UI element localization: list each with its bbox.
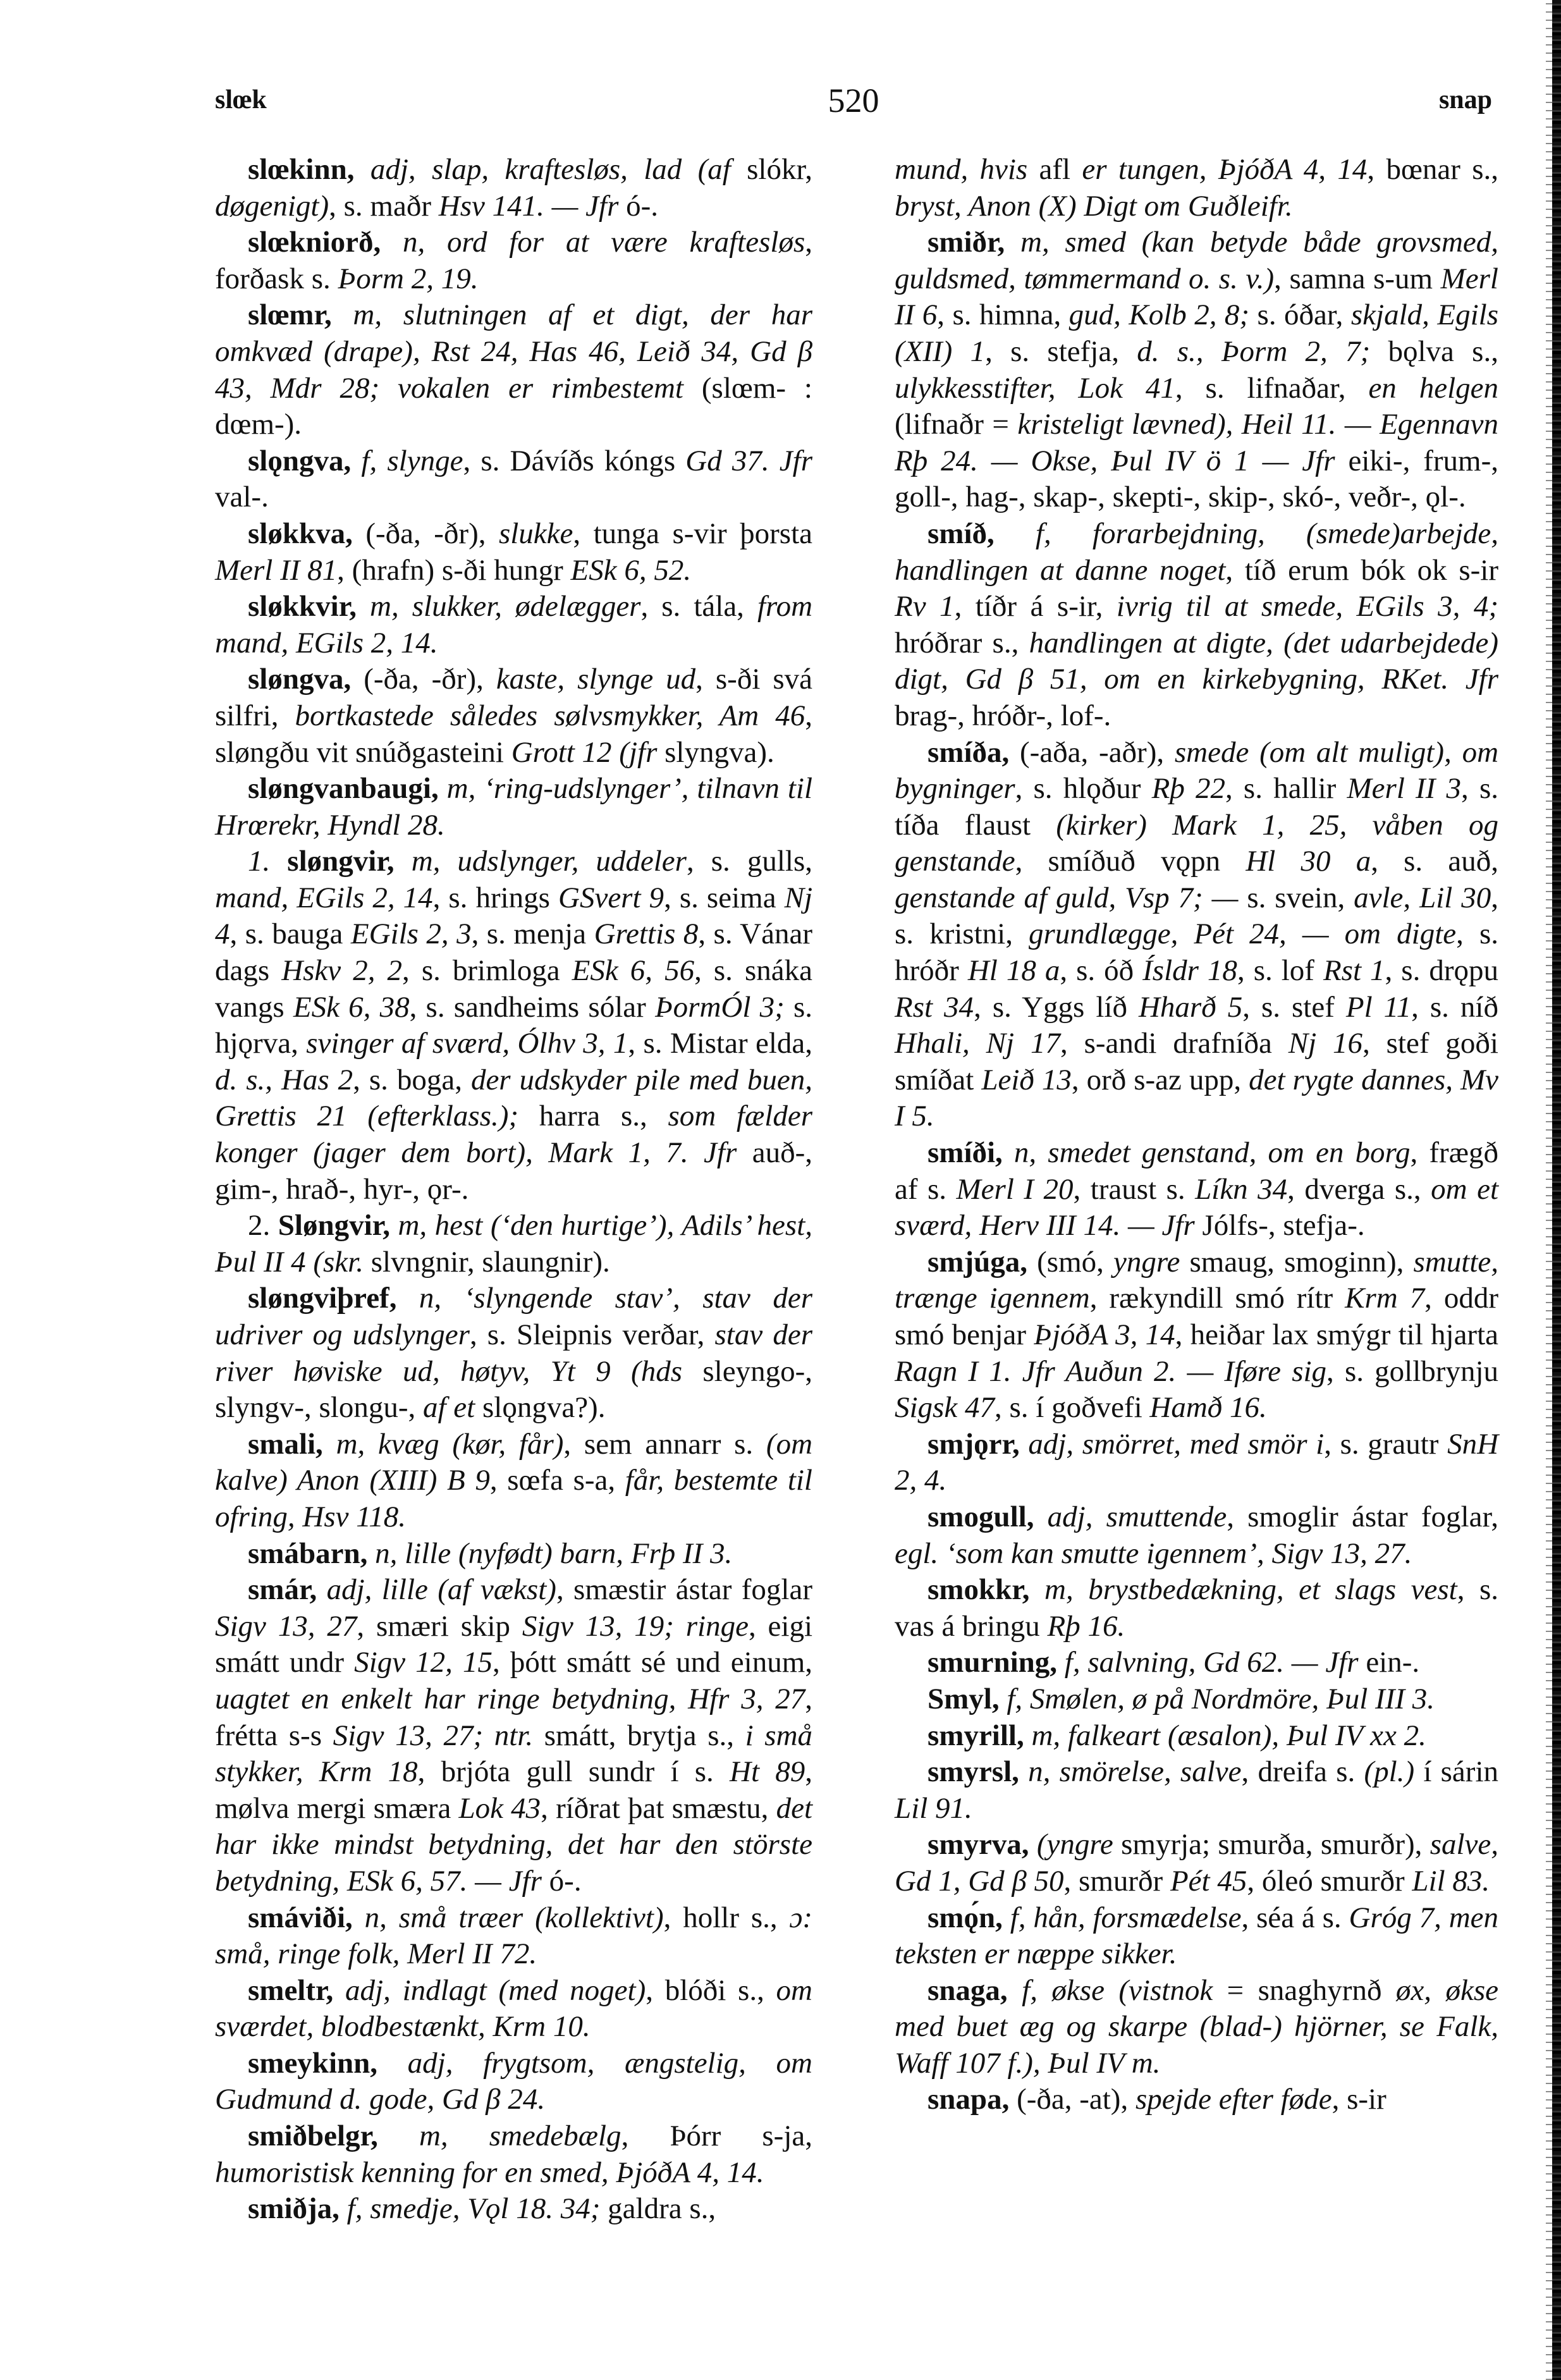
citation-text: galdra s., xyxy=(600,2192,716,2225)
citation-text: , s. hrings xyxy=(433,881,558,914)
gloss-italic: mund, hvis xyxy=(895,153,1027,186)
headword: slœkniorð, xyxy=(248,226,381,259)
dictionary-entry: slœkniorð, n, ord for at være kraftesløs… xyxy=(215,224,812,297)
citation-text: , s. gulls, xyxy=(687,845,812,878)
gloss-italic: Gd 37. Jfr xyxy=(685,445,812,477)
gloss-italic: ÞjóðA 3, 14 xyxy=(1034,1318,1175,1351)
citation-text: (-ða, -at), xyxy=(1017,2083,1136,2116)
headword: slœmr, xyxy=(248,298,332,331)
citation-text: , þótt smátt sé und einum, xyxy=(493,1646,812,1679)
gloss-italic: f, smedje, Vǫl 18. 34; xyxy=(347,2192,601,2225)
gloss-italic: f, salvning, Gd 62. — Jfr xyxy=(1065,1646,1359,1679)
gloss-italic: adj, indlagt (med noget) xyxy=(345,1974,646,2007)
gloss-italic: grundlægge, Pét 24, — om digte xyxy=(1029,917,1456,950)
gloss-italic: d. s., Has 2 xyxy=(215,1064,353,1096)
headword: sløngviþref, xyxy=(248,1282,396,1315)
dictionary-body: slœkinn, adj, slap, kraftesløs, lad (af … xyxy=(215,152,1498,2228)
citation-text: , s. auð, xyxy=(1371,845,1498,878)
citation-text: Jólfs-, stefja-. xyxy=(1195,1209,1365,1242)
gloss-italic: Sigsk 47 xyxy=(895,1391,995,1424)
dictionary-entry: 2. Sløngvir, m, hest (‘den hurtige’), Ad… xyxy=(215,1208,812,1280)
headword: smíða, xyxy=(927,736,1009,769)
gloss-italic: ivrig til at smede, EGils 3, 4; xyxy=(1117,590,1498,623)
citation-text: , s. lifnaðar, xyxy=(1175,372,1369,405)
gloss-italic: n, ord for at være kraftesløs xyxy=(403,226,805,259)
dictionary-entry: smjǫrr, adj, smörret, med smör i, s. gra… xyxy=(895,1426,1498,1499)
citation-text: , heiðar lax smýgr til hjarta xyxy=(1175,1318,1498,1351)
headword: smiðja, xyxy=(248,2192,340,2225)
dictionary-entry: 1. sløngvir, m, udslynger, uddeler, s. g… xyxy=(215,843,812,1208)
dictionary-entry: smjúga, (smó, yngre smaug, smoginn), smu… xyxy=(895,1244,1498,1426)
citation-text: , (hrafn) s-ði hungr xyxy=(337,554,570,587)
gloss-italic: Grott 12 (jfr xyxy=(511,736,658,769)
citation-text: , s. Yggs líð xyxy=(974,991,1139,1024)
citation-text: (-ða, -ðr), xyxy=(364,663,496,696)
citation-text: , smurðr xyxy=(1064,1865,1170,1898)
citation-text: , bœnar s., xyxy=(1367,153,1498,186)
gloss-italic: adj, slap, kraftesløs, lad (af xyxy=(370,153,747,186)
citation-text: , óleó smurðr xyxy=(1247,1865,1412,1898)
citation-text: , s. í goðvefi xyxy=(995,1391,1149,1424)
gloss-italic: mand, EGils 2, 14 xyxy=(215,881,433,914)
headword: smokkr, xyxy=(927,1573,1030,1606)
headword: smiðr, xyxy=(927,226,1005,259)
gloss-italic: f, Smølen, ø på Nordmöre, Þul III 3. xyxy=(1007,1683,1435,1715)
gloss-italic: Merl I 20 xyxy=(957,1173,1074,1206)
page-number: 520 xyxy=(215,81,1492,120)
headword: smíð, xyxy=(927,517,995,550)
citation-text: , orð s-az upp, xyxy=(1072,1064,1249,1096)
gloss-italic: Pl 11 xyxy=(1346,991,1411,1024)
gloss-italic: ulykkesstifter, Lok 41 xyxy=(895,372,1175,405)
dictionary-entry: smíði, n, smedet genstand, om en borg, f… xyxy=(895,1135,1498,1244)
dictionary-entry: sløkkva, (-ða, -ðr), slukke, tunga s-vir… xyxy=(215,516,812,589)
gloss-italic: Rst 1 xyxy=(1323,954,1385,987)
headword: smyrva, xyxy=(927,1828,1029,1861)
gloss-italic: m, smedebælg xyxy=(419,2119,621,2152)
citation-text: , s. Sleipnis verðar, xyxy=(470,1318,715,1351)
dictionary-entry: smábarn, n, lille (nyfødt) barn, Frþ II … xyxy=(215,1536,812,1573)
headword: smǫ́n, xyxy=(927,1901,1003,1934)
gloss-italic: af et xyxy=(423,1391,475,1424)
dictionary-entry: smíð, f, forarbejdning, (smede)arbejde, … xyxy=(895,516,1498,735)
headword: smogull, xyxy=(927,1500,1034,1533)
gloss-italic: Þorm 2, 19. xyxy=(338,262,479,295)
gloss-italic: Sigv 13, 27; ntr. xyxy=(333,1719,534,1752)
dictionary-entry: smokkr, m, brystbedækning, et slags vest… xyxy=(895,1572,1498,1645)
citation-text: val-. xyxy=(215,481,269,513)
gloss-italic: Hamð 16. xyxy=(1149,1391,1266,1424)
gloss-italic: døgenigt) xyxy=(215,190,329,223)
citation-text: afl xyxy=(1027,153,1082,186)
citation-text: , s. gollbrynju xyxy=(1326,1355,1498,1388)
citation-text: , tíðr á s-ir, xyxy=(955,590,1117,623)
citation-text: , brjóta gull sundr í s. xyxy=(418,1755,730,1788)
gloss-italic: Lil 91. xyxy=(895,1792,972,1825)
headword: sløngva, xyxy=(248,663,351,696)
gloss-italic: ESk 6, 56 xyxy=(572,954,694,987)
citation-text: (-ða, -ðr), xyxy=(365,517,499,550)
citation-text: slvngnir, slaungnir). xyxy=(364,1246,610,1279)
dictionary-entry: smyrsl, n, smörelse, salve, dreifa s. (p… xyxy=(895,1754,1498,1827)
gloss-italic: (yngre xyxy=(1037,1828,1113,1861)
gloss-italic: Líkn 34 xyxy=(1195,1173,1287,1206)
gloss-italic: Rst 34 xyxy=(895,991,974,1024)
citation-text: , Þórr s-ja, xyxy=(621,2119,812,2152)
citation-text: , s. stefja, xyxy=(985,335,1137,368)
gloss-italic: Lil 83. xyxy=(1412,1865,1490,1898)
headword: sløkkvir, xyxy=(248,590,357,623)
citation-text: , s. stef xyxy=(1242,991,1346,1024)
headword: snaga, xyxy=(927,1974,1008,2007)
gloss-italic: slukke xyxy=(499,517,573,550)
headword: sløkkva, xyxy=(248,517,353,550)
citation-text: ein-. xyxy=(1359,1646,1420,1679)
citation-text: , smoglir ástar foglar, xyxy=(1227,1500,1498,1533)
gloss-italic: Lok 43 xyxy=(458,1792,541,1825)
gloss-italic: m, falkeart (æsalon), Þul IV xx 2. xyxy=(1031,1719,1426,1752)
headword: sløngvanbaugi, xyxy=(248,772,439,805)
gloss-italic: adj, lille (af vækst) xyxy=(327,1573,556,1606)
dictionary-entry: smiðja, f, smedje, Vǫl 18. 34; galdra s.… xyxy=(215,2191,812,2228)
dictionary-entry: smíða, (-aða, -aðr), smede (om alt mulig… xyxy=(895,735,1498,1136)
citation-text: , s-ir xyxy=(1332,2083,1387,2116)
headword: smjǫrr, xyxy=(927,1428,1020,1461)
gloss-italic: Hsv 141. — Jfr xyxy=(439,190,619,223)
dictionary-entry: snaga, f, økse (vistnok = snaghyrnð øx, … xyxy=(895,1973,1498,2082)
dictionary-entry: smeykinn, adj, frygtsom, ængstelig, om G… xyxy=(215,2046,812,2118)
dictionary-entry: smurning, f, salvning, Gd 62. — Jfr ein-… xyxy=(895,1645,1498,1681)
citation-text: , s. drǫpu xyxy=(1385,954,1498,987)
headword: smyrsl, xyxy=(927,1755,1019,1788)
scan-edge-artifact xyxy=(1552,0,1561,2380)
citation-text: , smæri skip xyxy=(357,1610,522,1643)
gloss-italic: EGils 2, 3 xyxy=(351,917,472,950)
citation-text: slókr, xyxy=(747,153,812,186)
citation-text: , ríðrat þat smæstu, xyxy=(541,1792,776,1825)
gloss-italic: uagtet en enkelt har ringe betydning, Hf… xyxy=(215,1683,805,1715)
citation-text: , s. himna, xyxy=(937,298,1068,331)
citation-text: , blóði s., xyxy=(646,1974,776,2007)
citation-text: (smó, xyxy=(1037,1246,1113,1279)
gloss-italic: gud, Kolb 2, 8; xyxy=(1069,298,1249,331)
dictionary-entry: sløngva, (-ða, -ðr), kaste, slynge ud, s… xyxy=(215,661,812,771)
headword: smiðbelgr, xyxy=(248,2119,378,2152)
citation-text: ó-. xyxy=(542,1865,582,1898)
citation-text: , séa á s. xyxy=(1241,1901,1349,1934)
headword: Smyl, xyxy=(927,1683,1000,1715)
headword: smeykinn, xyxy=(248,2047,377,2080)
citation-text: , smæstir ástar foglar xyxy=(556,1573,812,1606)
running-head: slœk 520 snap xyxy=(215,81,1492,132)
gloss-italic: GSvert 9 xyxy=(558,881,664,914)
citation-text: slyngva). xyxy=(657,736,774,769)
gloss-italic: adj, smuttende xyxy=(1048,1500,1227,1533)
gloss-italic: Hl 18 a xyxy=(968,954,1060,987)
citation-text: , dverga s., xyxy=(1287,1173,1431,1206)
citation-text: s. svein, xyxy=(1238,881,1354,914)
gloss-italic: (pl.) xyxy=(1364,1755,1415,1788)
citation-text: , s. hlǫður xyxy=(1015,772,1152,805)
gloss-italic: f, økse (vistnok xyxy=(1022,1974,1213,2007)
citation-text: , sœfa s-a, xyxy=(490,1464,625,1497)
gloss-italic: Krm 7 xyxy=(1345,1282,1424,1315)
gloss-italic: yngre xyxy=(1113,1246,1180,1279)
citation-text: , s. seima xyxy=(664,881,785,914)
citation-text: , sem annarr s. xyxy=(563,1428,766,1461)
citation-text: , tíð erum bók ok s-ir xyxy=(1225,554,1498,587)
dictionary-entry: smyrva, (yngre smyrja; smurða, smurðr), … xyxy=(895,1827,1498,1899)
citation-text: ó-. xyxy=(618,190,658,223)
homonym-number: 1. xyxy=(248,845,287,878)
entry-continuation: mund, hvis afl er tungen, ÞjóðA 4, 14, b… xyxy=(895,152,1498,224)
headword: Sløngvir, xyxy=(278,1209,390,1242)
citation-text: , rækyndill smó rítr xyxy=(1090,1282,1345,1315)
gloss-italic: avle, Lil 30 xyxy=(1354,881,1491,914)
headword: smali, xyxy=(248,1428,323,1461)
gloss-italic: Sigv 12, 15 xyxy=(354,1646,493,1679)
gloss-italic: Leið 13 xyxy=(981,1064,1072,1096)
gloss-italic: bortkastede således sølvsmykker, Am 46 xyxy=(295,699,805,732)
gloss-italic: Sigv 13, 27 xyxy=(215,1610,357,1643)
gloss-italic: er tungen, ÞjóðA 4, 14 xyxy=(1082,153,1367,186)
citation-text: slǫngva?). xyxy=(475,1391,605,1424)
headword: smyrill, xyxy=(927,1719,1024,1752)
gloss-italic: Hskv 2, 2 xyxy=(281,954,402,987)
dictionary-entry: smogull, adj, smuttende, smoglir ástar f… xyxy=(895,1499,1498,1572)
citation-text: bǫlva s., xyxy=(1370,335,1498,368)
citation-text: , s. brimloga xyxy=(402,954,572,987)
dictionary-entry: Smyl, f, Smølen, ø på Nordmöre, Þul III … xyxy=(895,1681,1498,1718)
dictionary-entry: sløngviþref, n, ‘slyngende stav’, stav d… xyxy=(215,1280,812,1426)
gloss-italic: bryst, Anon (X) Digt om Guðleifr. xyxy=(895,190,1293,223)
dictionary-entry: sløngvanbaugi, m, ‘ring-udslynger’, tiln… xyxy=(215,771,812,843)
headword: smjúga, xyxy=(927,1246,1027,1279)
gloss-italic: Grettis 8 xyxy=(594,917,699,950)
citation-text: , s. boga, xyxy=(353,1064,471,1096)
dictionary-entry: slœkinn, adj, slap, kraftesløs, lad (af … xyxy=(215,152,812,224)
citation-text: , s. grautr xyxy=(1324,1428,1447,1461)
headword: smábarn, xyxy=(248,1537,367,1570)
citation-text: (lifnaðr = xyxy=(895,408,1017,441)
citation-text: , s. óð xyxy=(1060,954,1142,987)
citation-text: , samna s-um xyxy=(1274,262,1440,295)
gloss-italic: humoristisk kenning for en smed, ÞjóðA 4… xyxy=(215,2156,764,2189)
headword: smáviði, xyxy=(248,1901,353,1934)
headword: sløngvir, xyxy=(287,845,394,878)
gloss-italic: f, hån, forsmædelse xyxy=(1010,1901,1242,1934)
gloss-italic: d. s., Þorm 2, 7; xyxy=(1137,335,1370,368)
gloss-italic: Rv 1 xyxy=(895,590,955,623)
citation-text: , s. hallir xyxy=(1225,772,1347,805)
citation-text: = snaghyrnð xyxy=(1213,1974,1396,2007)
gloss-italic: svinger af sværd, Ólhv 3, 1 xyxy=(306,1027,628,1060)
gloss-italic: Hharð 5 xyxy=(1139,991,1242,1024)
citation-text: smaug, smoginn), xyxy=(1180,1246,1413,1279)
dictionary-entry: smeltr, adj, indlagt (med noget), blóði … xyxy=(215,1973,812,2046)
citation-text: , s. maðr xyxy=(329,190,439,223)
gloss-italic: n, lille (nyfødt) barn, Frþ II 3. xyxy=(375,1537,732,1570)
gloss-italic: Rþ 16. xyxy=(1047,1610,1125,1643)
citation-text: s. óðar, xyxy=(1249,298,1351,331)
citation-text: , s. sandheims sólar xyxy=(410,991,655,1024)
dictionary-entry: smár, adj, lille (af vækst), smæstir ást… xyxy=(215,1572,812,1899)
gloss-italic: Sigv 13, 19; ringe xyxy=(522,1610,749,1643)
gloss-italic: ESk 6, 38 xyxy=(293,991,410,1024)
dictionary-entry: sløkkvir, m, slukker, ødelægger, s. tála… xyxy=(215,589,812,661)
citation-text: , s. tála, xyxy=(640,590,757,623)
gloss-italic: Merl II 81 xyxy=(215,554,337,587)
gloss-italic: m, kvæg (kør, får) xyxy=(336,1428,564,1461)
citation-text: , s. níð xyxy=(1411,991,1498,1024)
citation-text: (-aða, -aðr), xyxy=(1020,736,1175,769)
gloss-italic: Ísldr 18 xyxy=(1142,954,1237,987)
dictionary-entry: slœmr, m, slutningen af et digt, der har… xyxy=(215,297,812,443)
gloss-italic: Ht 89 xyxy=(730,1755,805,1788)
dictionary-entry: slǫngva, f, slynge, s. Dávíðs kóngs Gd 3… xyxy=(215,443,812,516)
gloss-italic: genstande af guld, Vsp 7; — xyxy=(895,881,1238,914)
dictionary-entry: smǫ́n, f, hån, forsmædelse, séa á s. Gró… xyxy=(895,1900,1498,1973)
citation-text: smyrja; smurða, smurðr), xyxy=(1113,1828,1430,1861)
gloss-italic: ÞormÓl 3; xyxy=(655,991,785,1024)
dictionary-entry: smyrill, m, falkeart (æsalon), Þul IV xx… xyxy=(895,1718,1498,1755)
gloss-italic: Nj 16 xyxy=(1289,1027,1362,1060)
running-head-right-guideword: snap xyxy=(1439,85,1492,115)
citation-text: , dreifa s. xyxy=(1241,1755,1364,1788)
citation-text: , s. menja xyxy=(472,917,594,950)
citation-text: , hollr s., xyxy=(664,1901,790,1934)
dictionary-entry: snapa, (-ða, -at), spejde efter føde, s-… xyxy=(895,2082,1498,2118)
gloss-italic: spejde efter føde xyxy=(1136,2083,1332,2116)
headword: smeltr, xyxy=(248,1974,333,2007)
gloss-italic: Merl II 3 xyxy=(1347,772,1462,805)
dictionary-entry: smáviði, n, små træer (kollektivt), holl… xyxy=(215,1900,812,1973)
gloss-italic: m, slukker, ødelægger xyxy=(370,590,640,623)
dictionary-entry: smiðr, m, smed (kan betyde både grovsmed… xyxy=(895,224,1498,516)
gloss-italic: ESk 6, 52. xyxy=(571,554,692,587)
citation-text: , s. Dávíðs kóngs xyxy=(463,445,685,477)
citation-text: hróðrar s., xyxy=(895,627,1029,659)
dictionary-entry: smiðbelgr, m, smedebælg, Þórr s-ja, humo… xyxy=(215,2118,812,2191)
headword: smár, xyxy=(248,1573,317,1606)
citation-text: , smíðuð vǫpn xyxy=(1015,845,1246,878)
gloss-italic: kaste, slynge ud xyxy=(496,663,695,696)
headword: snapa, xyxy=(927,2083,1009,2116)
gloss-italic: n, små træer (kollektivt) xyxy=(365,1901,664,1934)
citation-text: í sárin xyxy=(1414,1755,1498,1788)
citation-text: brag-, hróðr-, lof-. xyxy=(895,699,1111,732)
headword: smíði, xyxy=(927,1136,1003,1169)
gloss-italic: Ragn I 1. Jfr Auðun 2. — Iføre sig xyxy=(895,1355,1326,1388)
citation-text: , s. bauga xyxy=(230,917,351,950)
gloss-italic: n, smedet genstand, om en borg xyxy=(1014,1136,1411,1169)
gloss-italic: adj, smörret, med smör i xyxy=(1028,1428,1324,1461)
citation-text: , s-andi drafníða xyxy=(1060,1027,1289,1060)
gloss-italic: n, smörelse, salve xyxy=(1028,1755,1241,1788)
gloss-italic: f, slynge xyxy=(361,445,463,477)
gloss-italic: Hl 30 a xyxy=(1246,845,1371,878)
homonym-number: 2. xyxy=(248,1209,278,1242)
gloss-italic: Hhali, Nj 17 xyxy=(895,1027,1060,1060)
left-column: slœkinn, adj, slap, kraftesløs, lad (af … xyxy=(215,152,812,2228)
citation-text: , s. lof xyxy=(1237,954,1323,987)
citation-text: , tunga s-vir þorsta xyxy=(573,517,812,550)
headword: slœkinn, xyxy=(248,153,355,186)
right-column: mund, hvis afl er tungen, ÞjóðA 4, 14, b… xyxy=(895,152,1498,2228)
gloss-italic: Rþ 22 xyxy=(1152,772,1225,805)
gloss-italic: egl. ‘som kan smutte igennem’, Sigv 13, … xyxy=(895,1537,1412,1570)
citation-text: smátt, brytja s., xyxy=(533,1719,745,1752)
gloss-italic: m, udslynger, uddeler xyxy=(412,845,687,878)
gloss-italic: Pét 45 xyxy=(1170,1865,1247,1898)
citation-text: harra s., xyxy=(518,1100,668,1132)
headword: slǫngva, xyxy=(248,445,351,477)
headword: smurning, xyxy=(927,1646,1057,1679)
citation-text: , traust s. xyxy=(1073,1173,1195,1206)
dictionary-entry: smali, m, kvæg (kør, får), sem annarr s.… xyxy=(215,1426,812,1536)
gloss-italic: m, brystbedækning, et slags vest xyxy=(1044,1573,1457,1606)
citation-text: , s. Mistar elda, xyxy=(628,1027,812,1060)
gloss-italic: en helgen xyxy=(1368,372,1498,405)
